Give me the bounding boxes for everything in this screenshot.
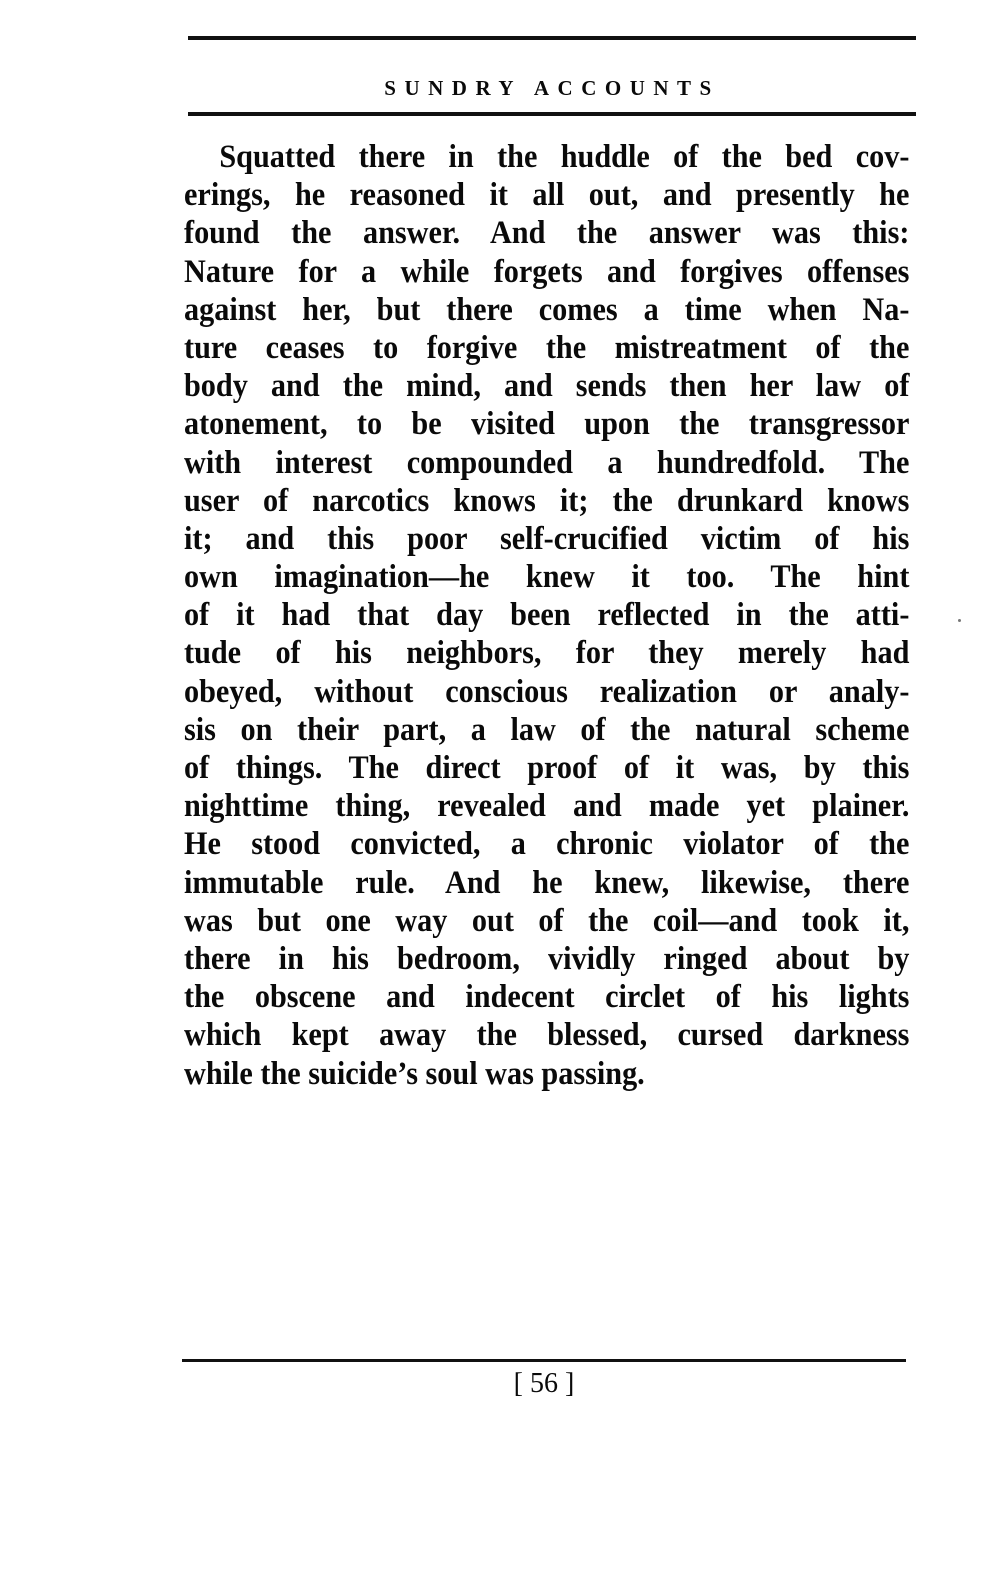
text-line: there in his bedroom, vividly ringed abo…: [184, 940, 909, 978]
top-rule: [188, 36, 916, 40]
text-line: nighttime thing, revealed and made yet p…: [184, 787, 909, 825]
text-line: Nature for a while forgets and forgives …: [184, 253, 909, 291]
text-line: ture ceases to forgive the mistreatment …: [184, 329, 909, 367]
text-line: obeyed, without conscious realization or…: [184, 673, 909, 711]
text-line: sis on their part, a law of the natural …: [184, 711, 909, 749]
text-line: the obscene and indecent circlet of his …: [184, 978, 909, 1016]
text-line: own imagination—he knew it too. The hint: [184, 558, 909, 596]
text-line: tude of his neighbors, for they merely h…: [184, 634, 909, 672]
running-head: SUNDRY ACCOUNTS: [188, 74, 916, 102]
text-line: while the suicide’s soul was passing.: [184, 1055, 909, 1093]
text-line: which kept away the blessed, cursed dark…: [184, 1016, 909, 1054]
text-line: body and the mind, and sends then her la…: [184, 367, 909, 405]
text-line: Squatted there in the huddle of the bed …: [184, 138, 909, 176]
body-text: Squatted there in the huddle of the bed …: [184, 138, 910, 1093]
text-line: of things. The direct proof of it was, b…: [184, 749, 909, 787]
text-line: user of narcotics knows it; the drunkard…: [184, 482, 909, 520]
footer-rule: [182, 1359, 906, 1362]
text-line: it; and this poor self-crucified victim …: [184, 520, 909, 558]
text-line: atonement, to be visited upon the transg…: [184, 405, 909, 443]
text-line: with interest compounded a hundredfold. …: [184, 444, 909, 482]
text-line: immutable rule. And he knew, likewise, t…: [184, 864, 909, 902]
scan-speck: [958, 619, 961, 622]
page-number: [ 56 ]: [182, 1366, 906, 1402]
text-line: of it had that day been reflected in the…: [184, 596, 909, 634]
text-line: erings, he reasoned it all out, and pres…: [184, 176, 909, 214]
text-line: was but one way out of the coil—and took…: [184, 902, 909, 940]
text-line: against her, but there comes a time when…: [184, 291, 909, 329]
header-rule: [188, 112, 916, 116]
text-line: found the answer. And the answer was thi…: [184, 214, 909, 252]
text-line: He stood convicted, a chronic violator o…: [184, 825, 909, 863]
